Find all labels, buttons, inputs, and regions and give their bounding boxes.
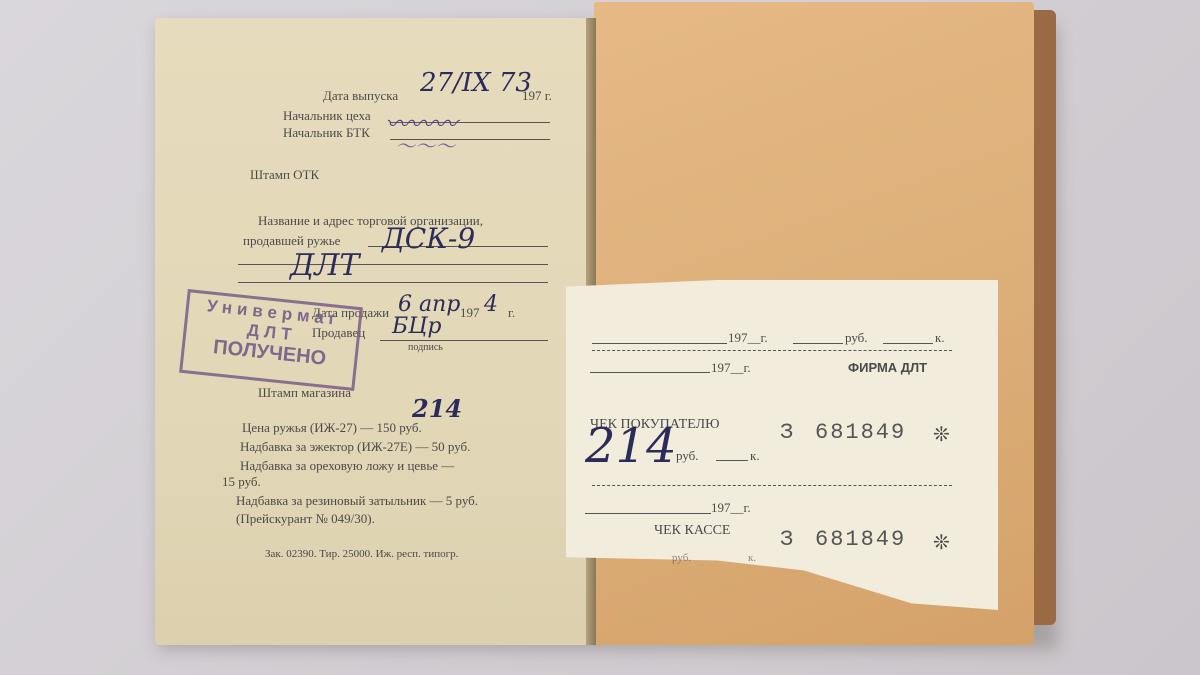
release-date-label: Дата выпуска — [323, 88, 398, 104]
price-line-3: Надбавка за ореховую ложу и цевье — — [240, 458, 454, 474]
trade-org-line-3 — [238, 282, 548, 283]
receipt-row2-year: 197__г. — [711, 360, 751, 376]
sold-gun-label: продавшей ружье — [243, 233, 340, 249]
seller-signature: БЦр — [392, 314, 441, 339]
buyer-amount-handwritten: 214 — [585, 418, 677, 474]
cashier-series: З — [780, 527, 795, 552]
receipt-row1-rub: руб. — [845, 330, 868, 346]
buyer-series: З — [780, 420, 795, 445]
receipt-row3-year: 197__г. — [711, 500, 751, 516]
cashier-check-number: 681849 — [815, 527, 906, 552]
cashier-kop: к. — [748, 552, 756, 564]
shop-chief-label: Начальник цеха — [283, 108, 371, 124]
cover-edge — [1034, 10, 1056, 625]
price-line-2: Надбавка за эжектор (ИЖ-27Е) — 50 руб. — [240, 439, 470, 455]
receipt-row1-year: 197__г. — [728, 330, 768, 346]
btk-chief-label: Начальник БТК — [283, 125, 370, 141]
trade-org-handwritten-2: ДЛТ — [290, 248, 359, 283]
tear-line-1 — [592, 350, 952, 351]
trade-org-handwritten-1: ДСК-9 — [382, 222, 475, 255]
release-date-handwritten: 27/IX 73 — [420, 68, 532, 98]
buyer-kop: к. — [750, 448, 760, 464]
print-footer: Зак. 02390. Тир. 25000. Иж. респ. типогр… — [265, 548, 458, 560]
star-icon: ❊ — [933, 422, 950, 447]
signature-caption: подпись — [408, 342, 443, 353]
price-handwritten: 214 — [412, 394, 462, 423]
receipt-row3-line — [585, 513, 711, 514]
price-line-6: (Прейскурант № 049/30). — [236, 511, 375, 527]
receipt-row2-line — [590, 372, 710, 373]
otk-stamp-label: Штамп ОТК — [250, 167, 319, 183]
btk-signature: ～～～ — [395, 130, 455, 159]
price-line-5: Надбавка за резиновый затыльник — 5 руб. — [236, 493, 478, 509]
cashier-check-label: ЧЕК КАССЕ — [654, 523, 730, 539]
buyer-rub: руб. — [676, 448, 699, 464]
sale-year: 197 — [460, 305, 480, 321]
price-line-4: 15 руб. — [222, 474, 261, 490]
seller-line — [380, 340, 548, 341]
receipt-row1-kop: к. — [935, 330, 945, 346]
sale-year-handwritten: 4 — [484, 292, 498, 317]
trade-org-line-2 — [238, 264, 548, 265]
buyer-kop-line — [716, 460, 748, 461]
receipt-row1-line — [592, 343, 727, 344]
store-stamp-label: Штамп магазина — [258, 385, 351, 401]
star-icon-2: ❊ — [933, 530, 950, 555]
receipt-row1-kop-line — [883, 343, 933, 344]
buyer-check-number: 681849 — [815, 420, 906, 445]
tear-line-2 — [592, 485, 952, 486]
price-line-1: Цена ружья (ИЖ-27) — 150 руб. — [242, 420, 422, 436]
cashier-rub: руб. — [672, 552, 691, 564]
firm-name: ФИРМА ДЛТ — [848, 360, 927, 375]
sale-year-suffix: г. — [508, 305, 515, 321]
receipt-row1-rub-line — [793, 343, 843, 344]
